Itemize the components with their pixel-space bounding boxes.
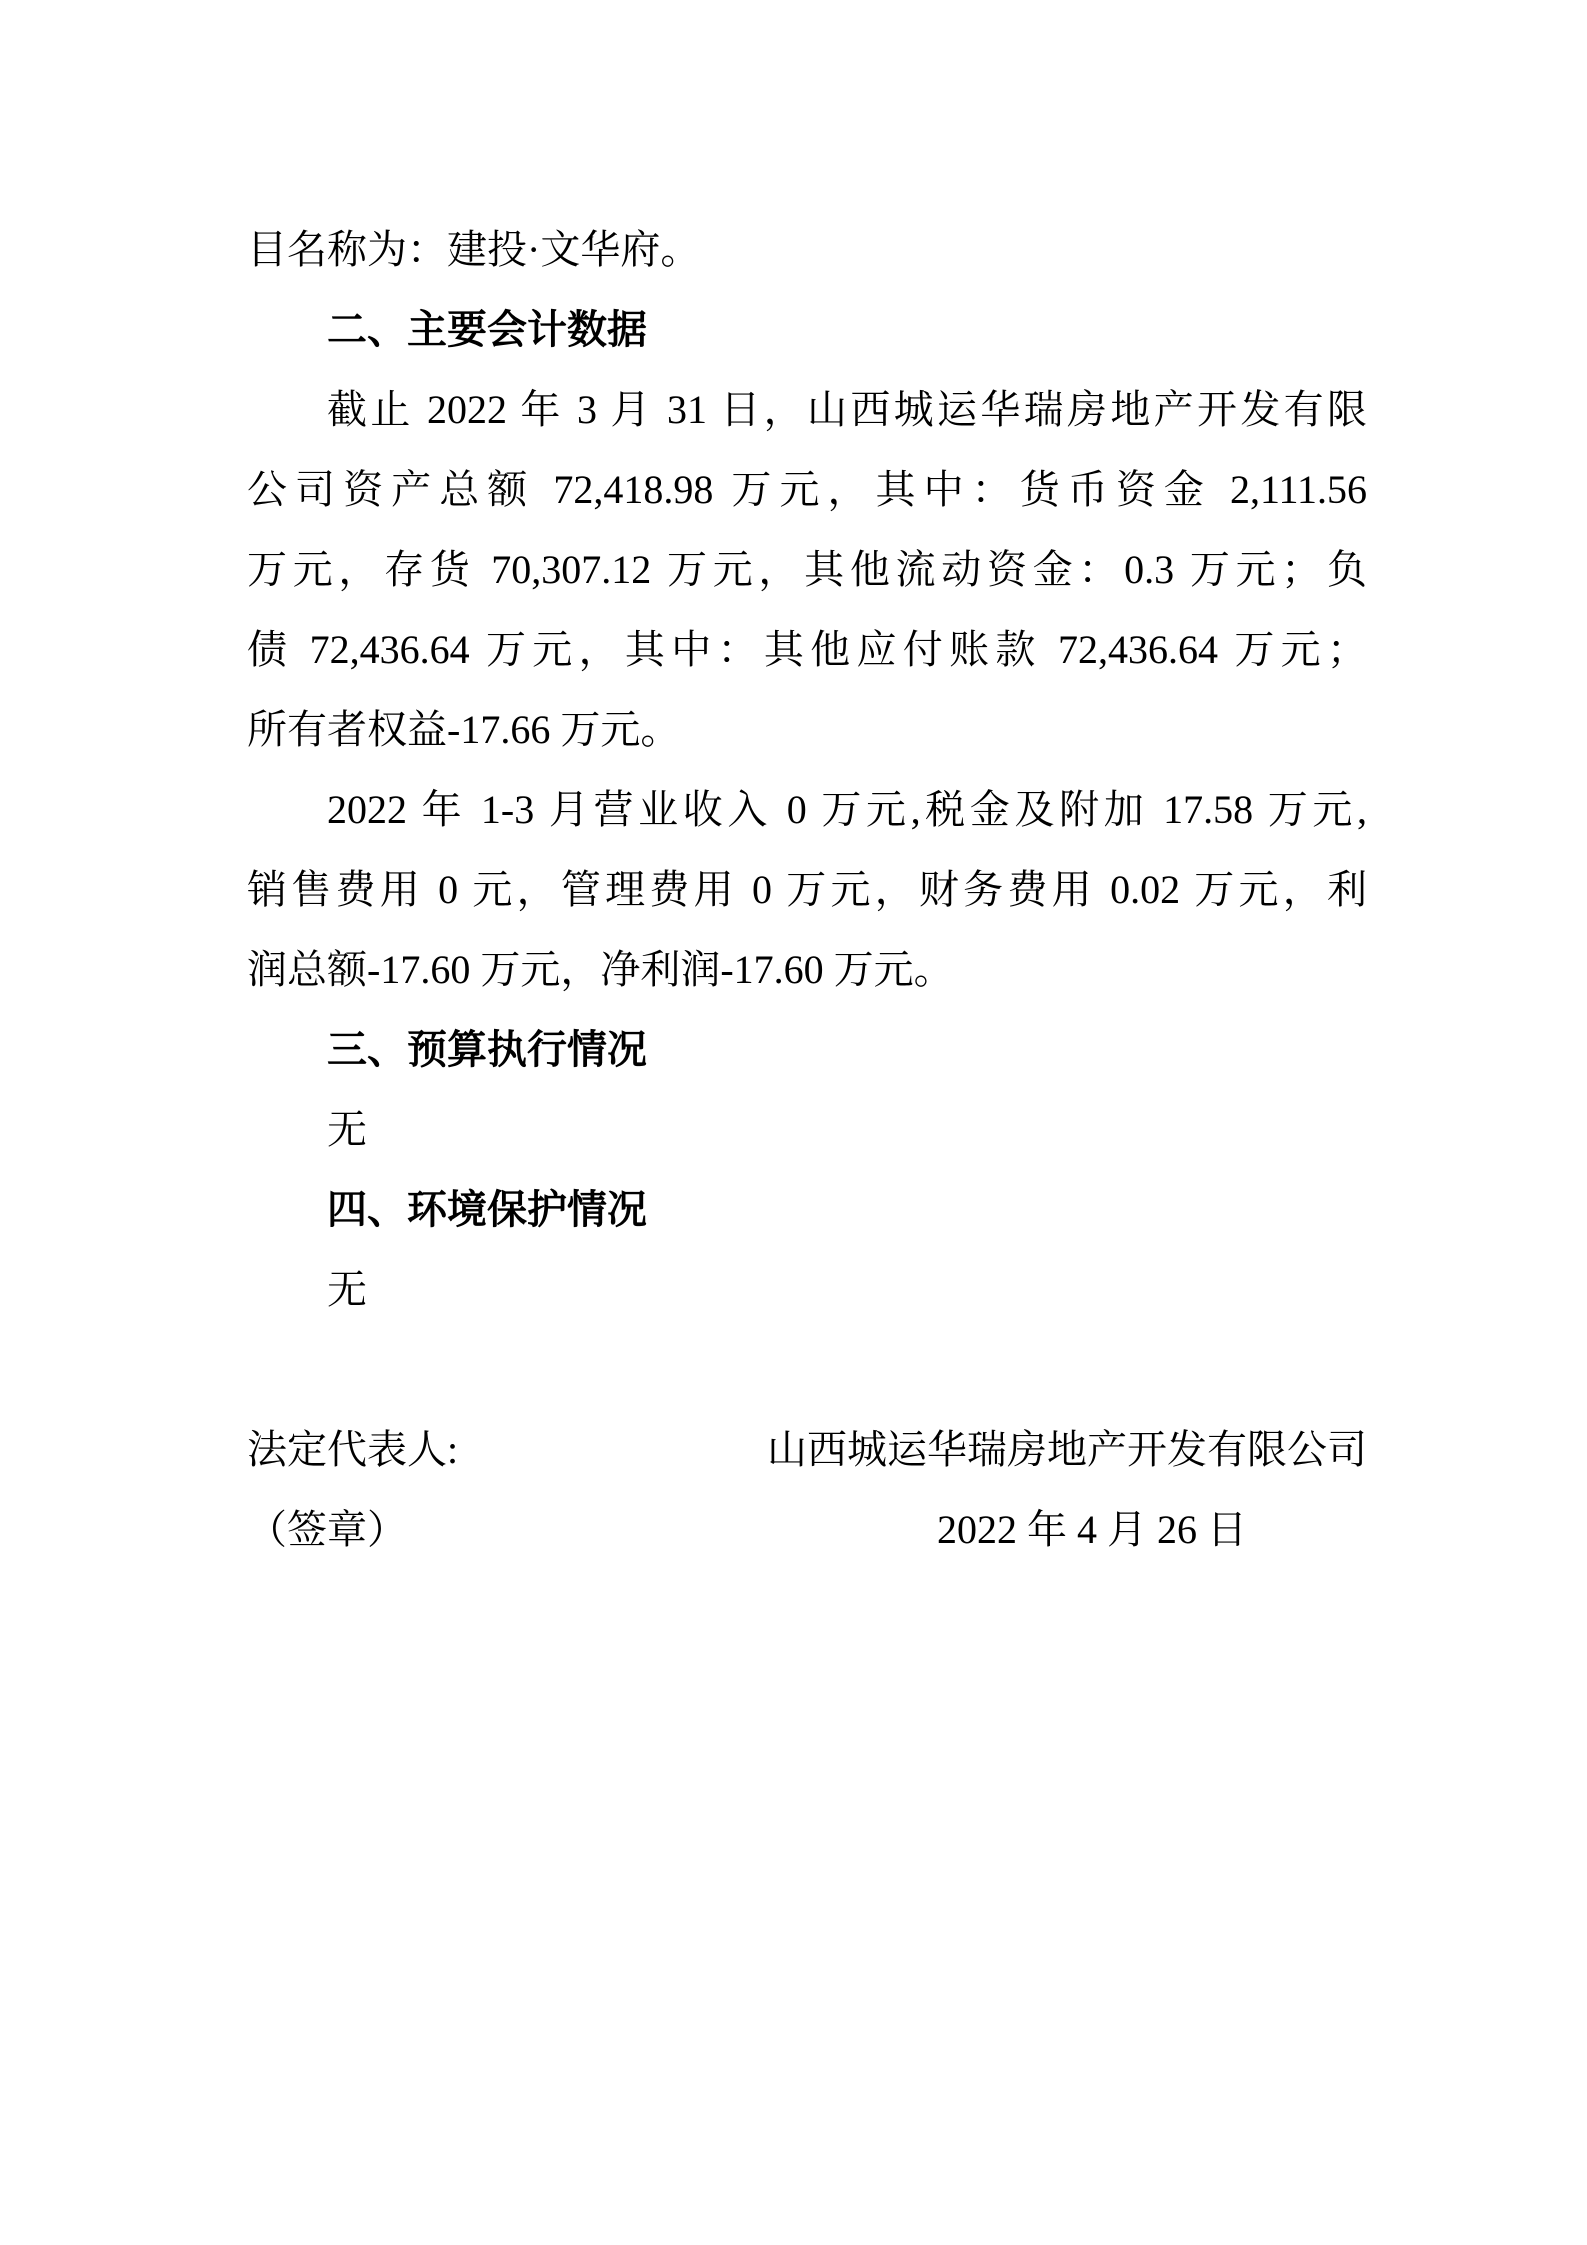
signature-row-1: 法定代表人: 山西城运华瑞房地产开发有限公司 [247,1410,1367,1490]
para-accounting-line-3: 万元，存货 70,307.12 万元，其他流动资金：0.3 万元；负 [247,530,1367,610]
para-accounting-line-5: 所有者权益-17.66 万元。 [247,690,1367,770]
company-signature-name: 山西城运华瑞房地产开发有限公司 [767,1410,1367,1490]
document-page: 目名称为：建投·文华府。 二、主要会计数据 截止 2022 年 3 月 31 日… [0,0,1587,2245]
seal-label: （签章） [247,1490,407,1570]
signature-row-2: （签章） 2022 年 4 月 26 日 [247,1490,1367,1570]
para-accounting-line-1: 截止 2022 年 3 月 31 日，山西城运华瑞房地产开发有限 [247,370,1367,450]
para-profit-line-2: 销售费用 0 元，管理费用 0 万元，财务费用 0.02 万元，利 [247,850,1367,930]
text-environment-none: 无 [247,1250,1367,1330]
signature-date: 2022 年 4 月 26 日 [937,1490,1367,1570]
text-budget-none: 无 [247,1090,1367,1170]
heading-environment-protection: 四、环境保护情况 [247,1170,1367,1250]
legal-representative-label: 法定代表人: [247,1410,458,1490]
para-accounting-line-2: 公司资产总额 72,418.98 万元，其中：货币资金 2,111.56 [247,450,1367,530]
para-accounting-line-4: 债 72,436.64 万元，其中：其他应付账款 72,436.64 万元； [247,610,1367,690]
heading-main-accounting-data: 二、主要会计数据 [247,290,1367,370]
para-profit-line-1: 2022 年 1-3 月营业收入 0 万元,税金及附加 17.58 万元, [247,770,1367,850]
document-content: 目名称为：建投·文华府。 二、主要会计数据 截止 2022 年 3 月 31 日… [247,210,1367,1570]
para-profit-line-3: 润总额-17.60 万元，净利润-17.60 万元。 [247,930,1367,1010]
line-project-name: 目名称为：建投·文华府。 [247,210,1367,290]
blank-line [247,1330,1367,1410]
heading-budget-execution: 三、预算执行情况 [247,1010,1367,1090]
